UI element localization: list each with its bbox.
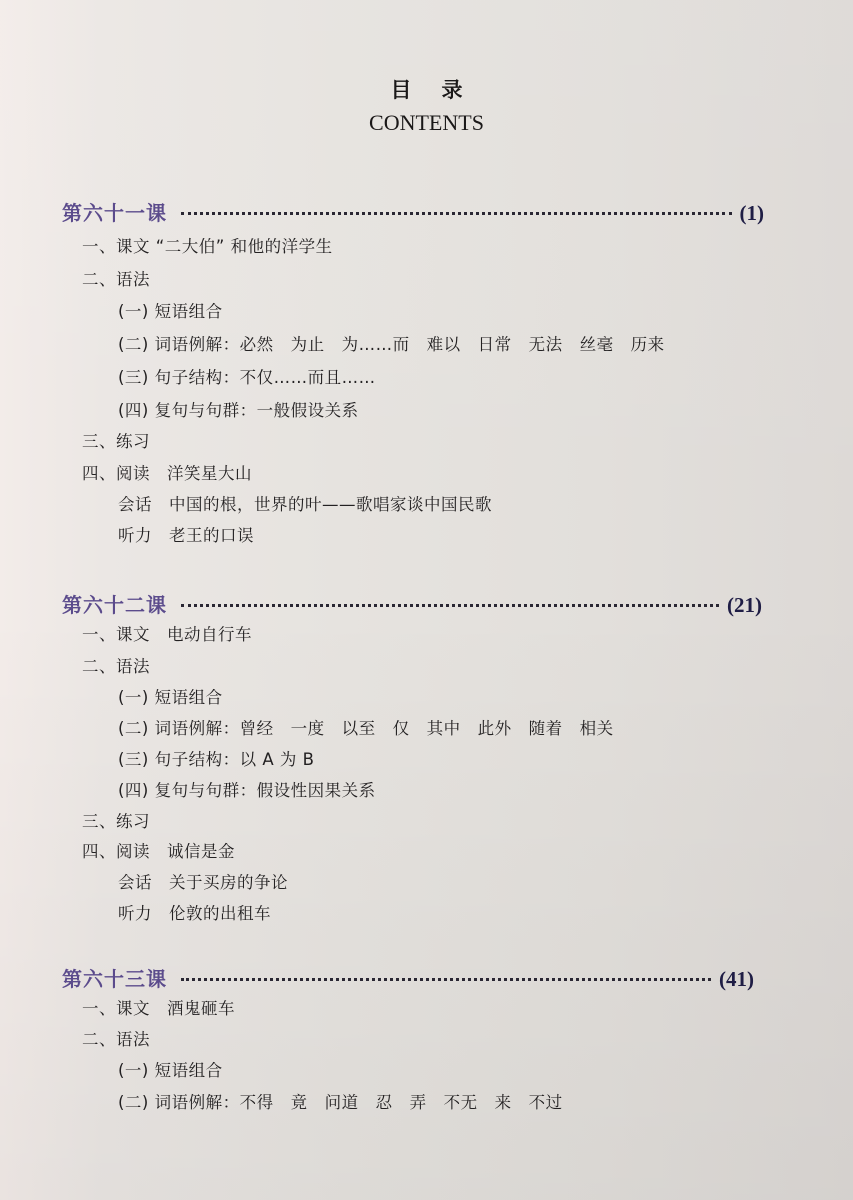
toc-entry-reading: 四、阅读 洋笑星大山 <box>82 460 252 484</box>
toc-entry-exercise: 三、练习 <box>82 808 150 832</box>
page-title-english: CONTENTS <box>0 110 853 136</box>
toc-entry-grammar-1: (一) 短语组合 <box>118 298 223 322</box>
lesson-62-title: 第六十二课 <box>62 589 167 618</box>
toc-entry-text: 一、课文 酒鬼砸车 <box>82 995 235 1019</box>
toc-entry-grammar-2: (二) 词语例解：不得 竟 问道 忍 弄 不无 来 不过 <box>118 1089 563 1113</box>
lesson-62-page-number: (21) <box>727 593 762 618</box>
page-title-chinese: 目录 <box>0 74 853 104</box>
lesson-61-title: 第六十一课 <box>62 197 167 226</box>
lesson-61-heading-row[interactable]: 第六十一课 (1) <box>62 197 764 227</box>
toc-entry-dialogue: 会话 关于买房的争论 <box>118 869 288 893</box>
toc-entry-grammar-3: (三) 句子结构：不仅……而且…… <box>118 364 376 388</box>
lesson-63-page-number: (41) <box>719 967 754 992</box>
toc-entry-grammar-2: (二) 词语例解：必然 为止 为……而 难以 日常 无法 丝毫 历来 <box>118 331 665 355</box>
toc-entry-grammar-2: (二) 词语例解：曾经 一度 以至 仅 其中 此外 随着 相关 <box>118 715 614 739</box>
toc-entry-grammar: 二、语法 <box>82 1026 150 1050</box>
dot-leader <box>181 604 719 607</box>
toc-entry-listening: 听力 老王的口误 <box>118 522 254 546</box>
toc-entry-text: 一、课文 “二大伯” 和他的洋学生 <box>82 233 333 257</box>
toc-entry-grammar: 二、语法 <box>82 653 150 677</box>
lesson-61-page-number: (1) <box>740 201 765 226</box>
toc-entry-exercise: 三、练习 <box>82 428 150 452</box>
toc-entry-grammar-4: (四) 复句与句群：一般假设关系 <box>118 397 359 421</box>
toc-entry-grammar: 二、语法 <box>82 266 150 290</box>
lesson-63-title: 第六十三课 <box>62 963 167 992</box>
dot-leader <box>181 212 732 215</box>
lesson-63-heading-row[interactable]: 第六十三课 (41) <box>62 963 754 993</box>
toc-entry-grammar-1: (一) 短语组合 <box>118 684 223 708</box>
toc-entry-grammar-3: (三) 句子结构：以 A 为 B <box>118 746 314 770</box>
toc-entry-grammar-4: (四) 复句与句群：假设性因果关系 <box>118 777 376 801</box>
lesson-62-heading-row[interactable]: 第六十二课 (21) <box>62 589 762 619</box>
toc-entry-grammar-1: (一) 短语组合 <box>118 1057 223 1081</box>
toc-entry-text: 一、课文 电动自行车 <box>82 621 252 645</box>
toc-entry-dialogue: 会话 中国的根，世界的叶——歌唱家谈中国民歌 <box>118 491 492 515</box>
toc-entry-reading: 四、阅读 诚信是金 <box>82 838 235 862</box>
toc-entry-listening: 听力 伦敦的出租车 <box>118 900 271 924</box>
dot-leader <box>181 978 711 981</box>
